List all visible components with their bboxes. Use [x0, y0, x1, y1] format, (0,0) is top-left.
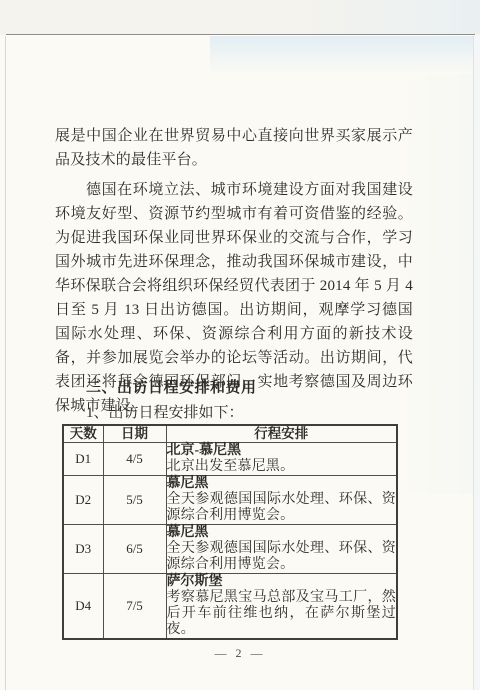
scan-tint-top-corner: [300, 0, 480, 34]
header-days: 天数: [63, 425, 103, 442]
plan-cell: 慕尼黑 全天参观德国国际水处理、环保、资源综合利用博览会。: [166, 475, 397, 524]
scanner-background-strip: [474, 35, 480, 690]
plan-detail: 全天参观德国国际水处理、环保、资源综合利用博览会。: [167, 541, 397, 573]
day-cell: D1: [63, 442, 103, 475]
page-number-footer: — 2 —: [0, 646, 480, 661]
header-plan: 行程安排: [166, 425, 397, 442]
plan-cell: 萨尔斯堡 考察慕尼黑宝马总部及宝马工厂，然后开车前往维也纳，在萨尔斯堡过夜。: [166, 573, 397, 639]
paragraph-continuation: 展是中国企业在世界贸易中心直接向世界买家展示产品及技术的最佳平台。: [55, 124, 413, 172]
date-cell: 6/5: [103, 524, 166, 573]
date-cell: 4/5: [103, 442, 166, 475]
date-cell: 7/5: [103, 573, 166, 639]
plan-cell: 慕尼黑 全天参观德国国际水处理、环保、资源综合利用博览会。: [166, 524, 397, 573]
section-heading: 二、出访日程安排和费用: [55, 376, 413, 400]
scan-tint-top-right: [210, 36, 473, 74]
table-row: D4 7/5 萨尔斯堡 考察慕尼黑宝马总部及宝马工厂，然后开车前往维也纳，在萨尔…: [63, 573, 397, 639]
page-left-edge: [5, 36, 6, 690]
page-top-edge: [6, 34, 475, 35]
plan-city: 萨尔斯堡: [167, 574, 397, 590]
table-row: D1 4/5 北京-慕尼黑 北京出发至慕尼黑。: [63, 442, 397, 475]
page-right-edge: [473, 36, 474, 690]
plan-detail: 北京出发至慕尼黑。: [167, 459, 397, 475]
day-cell: D3: [63, 524, 103, 573]
scan-tint-right: [403, 74, 473, 494]
plan-cell: 北京-慕尼黑 北京出发至慕尼黑。: [166, 442, 397, 475]
plan-city: 慕尼黑: [167, 476, 397, 492]
day-cell: D2: [63, 475, 103, 524]
header-date: 日期: [103, 425, 166, 442]
plan-city: 慕尼黑: [167, 525, 397, 541]
table-header-row: 天数 日期 行程安排: [63, 425, 397, 442]
plan-city: 北京-慕尼黑: [167, 443, 397, 459]
list-intro: 1、出访日程安排如下：: [55, 401, 413, 425]
scanned-page: 展是中国企业在世界贸易中心直接向世界买家展示产品及技术的最佳平台。 德国在环境立…: [0, 0, 480, 690]
table-row: D2 5/5 慕尼黑 全天参观德国国际水处理、环保、资源综合利用博览会。: [63, 475, 397, 524]
plan-detail: 考察慕尼黑宝马总部及宝马工厂，然后开车前往维也纳，在萨尔斯堡过夜。: [167, 590, 397, 638]
plan-detail: 全天参观德国国际水处理、环保、资源综合利用博览会。: [167, 492, 397, 524]
day-cell: D4: [63, 573, 103, 639]
itinerary-table: 天数 日期 行程安排 D1 4/5 北京-慕尼黑 北京出发至慕尼黑。 D2 5/…: [62, 424, 398, 640]
date-cell: 5/5: [103, 475, 166, 524]
table-row: D3 6/5 慕尼黑 全天参观德国国际水处理、环保、资源综合利用博览会。: [63, 524, 397, 573]
